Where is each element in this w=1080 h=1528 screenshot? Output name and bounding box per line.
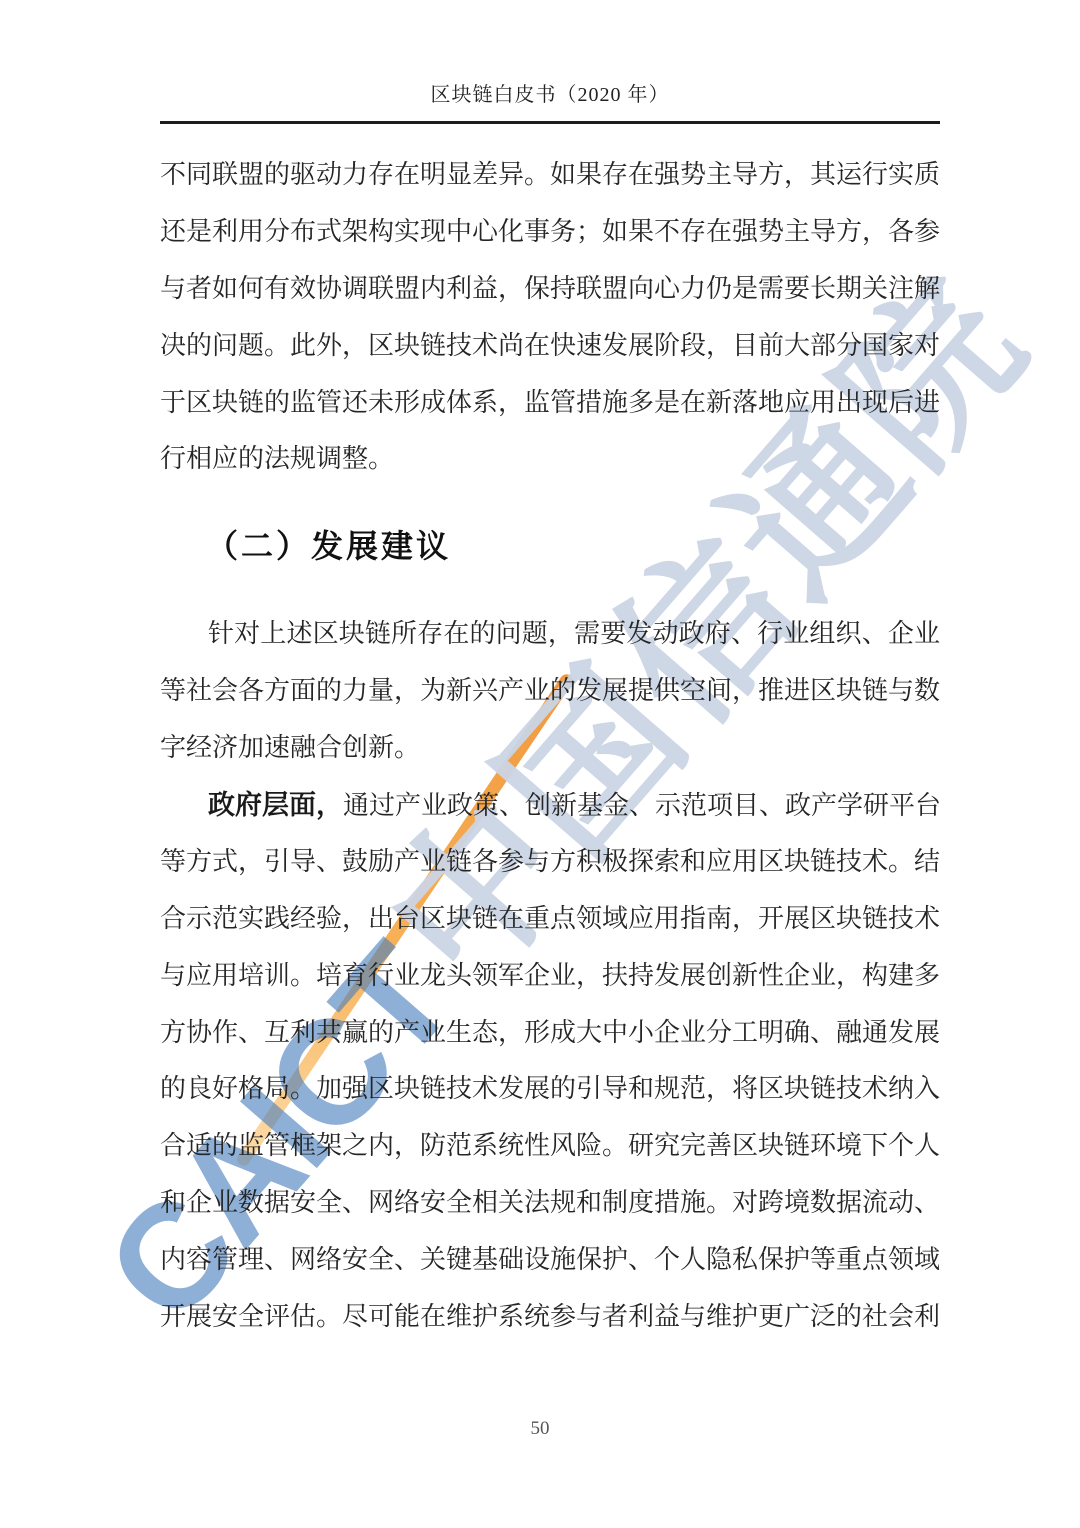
paragraph-1: 不同联盟的驱动力存在明显差异。如果存在强势主导方，其运行实质 还是利用分布式架构… [160,147,940,488]
body-line: 政府层面，通过产业政策、创新基金、示范项目、政产学研平台 [160,777,940,834]
page-number: 50 [0,1418,1080,1440]
body-line: 与应用培训。培育行业龙头领军企业，扶持发展创新性企业，构建多 [160,948,940,1005]
document-page: CAICT中国信通院 区块链白皮书（2020 年） 不同联盟的驱动力存在明显差异… [0,0,1080,1528]
paragraph-2: 针对上述区块链所存在的问题，需要发动政府、行业组织、企业 等社会各方面的力量，为… [160,606,940,777]
body-line: 行相应的法规调整。 [160,431,940,488]
body-line: 还是利用分布式架构实现中心化事务；如果不存在强势主导方，各参 [160,204,940,261]
body-line: 的良好格局。加强区块链技术发展的引导和规范，将区块链技术纳入 [160,1061,940,1118]
body-line: 方协作、互利共赢的产业生态，形成大中小企业分工明确、融通发展 [160,1005,940,1062]
bold-lead-government-level: 政府层面， [208,790,343,820]
body-line: 决的问题。此外，区块链技术尚在快速发展阶段，目前大部分国家对 [160,318,940,375]
paragraph-3: 政府层面，通过产业政策、创新基金、示范项目、政产学研平台 等方式，引导、鼓励产业… [160,777,940,1346]
body-line: 内容管理、网络安全、关键基础设施保护、个人隐私保护等重点领域 [160,1232,940,1289]
body-line: 不同联盟的驱动力存在明显差异。如果存在强势主导方，其运行实质 [160,147,940,204]
page-header: 区块链白皮书（2020 年） [160,0,940,124]
body-line: 合示范实践经验，出台区块链在重点领域应用指南，开展区块链技术 [160,891,940,948]
body-line: 于区块链的监管还未形成体系，监管措施多是在新落地应用出现后进 [160,375,940,432]
body-line-text: 通过产业政策、创新基金、示范项目、政产学研平台 [343,791,940,820]
running-header-title: 区块链白皮书（2020 年） [160,0,940,107]
body-line: 和企业数据安全、网络安全相关法规和制度措施。对跨境数据流动、 [160,1175,940,1232]
body-line: 针对上述区块链所存在的问题，需要发动政府、行业组织、企业 [160,606,940,663]
body-line: 与者如何有效协调联盟内利益，保持联盟向心力仍是需要长期关注解 [160,261,940,318]
section-heading-development-suggestions: （二）发展建议 [160,516,940,576]
body-line: 开展安全评估。尽可能在维护系统参与者利益与维护更广泛的社会利 [160,1289,940,1346]
body-line: 等社会各方面的力量，为新兴产业的发展提供空间，推进区块链与数 [160,663,940,720]
body-line: 合适的监管框架之内，防范系统性风险。研究完善区块链环境下个人 [160,1118,940,1175]
body-line: 等方式，引导、鼓励产业链各参与方积极探索和应用区块链技术。结 [160,834,940,891]
document-body: 不同联盟的驱动力存在明显差异。如果存在强势主导方，其运行实质 还是利用分布式架构… [160,124,940,1346]
body-line: 字经济加速融合创新。 [160,720,940,777]
page-content: 区块链白皮书（2020 年） 不同联盟的驱动力存在明显差异。如果存在强势主导方，… [0,0,1080,1346]
